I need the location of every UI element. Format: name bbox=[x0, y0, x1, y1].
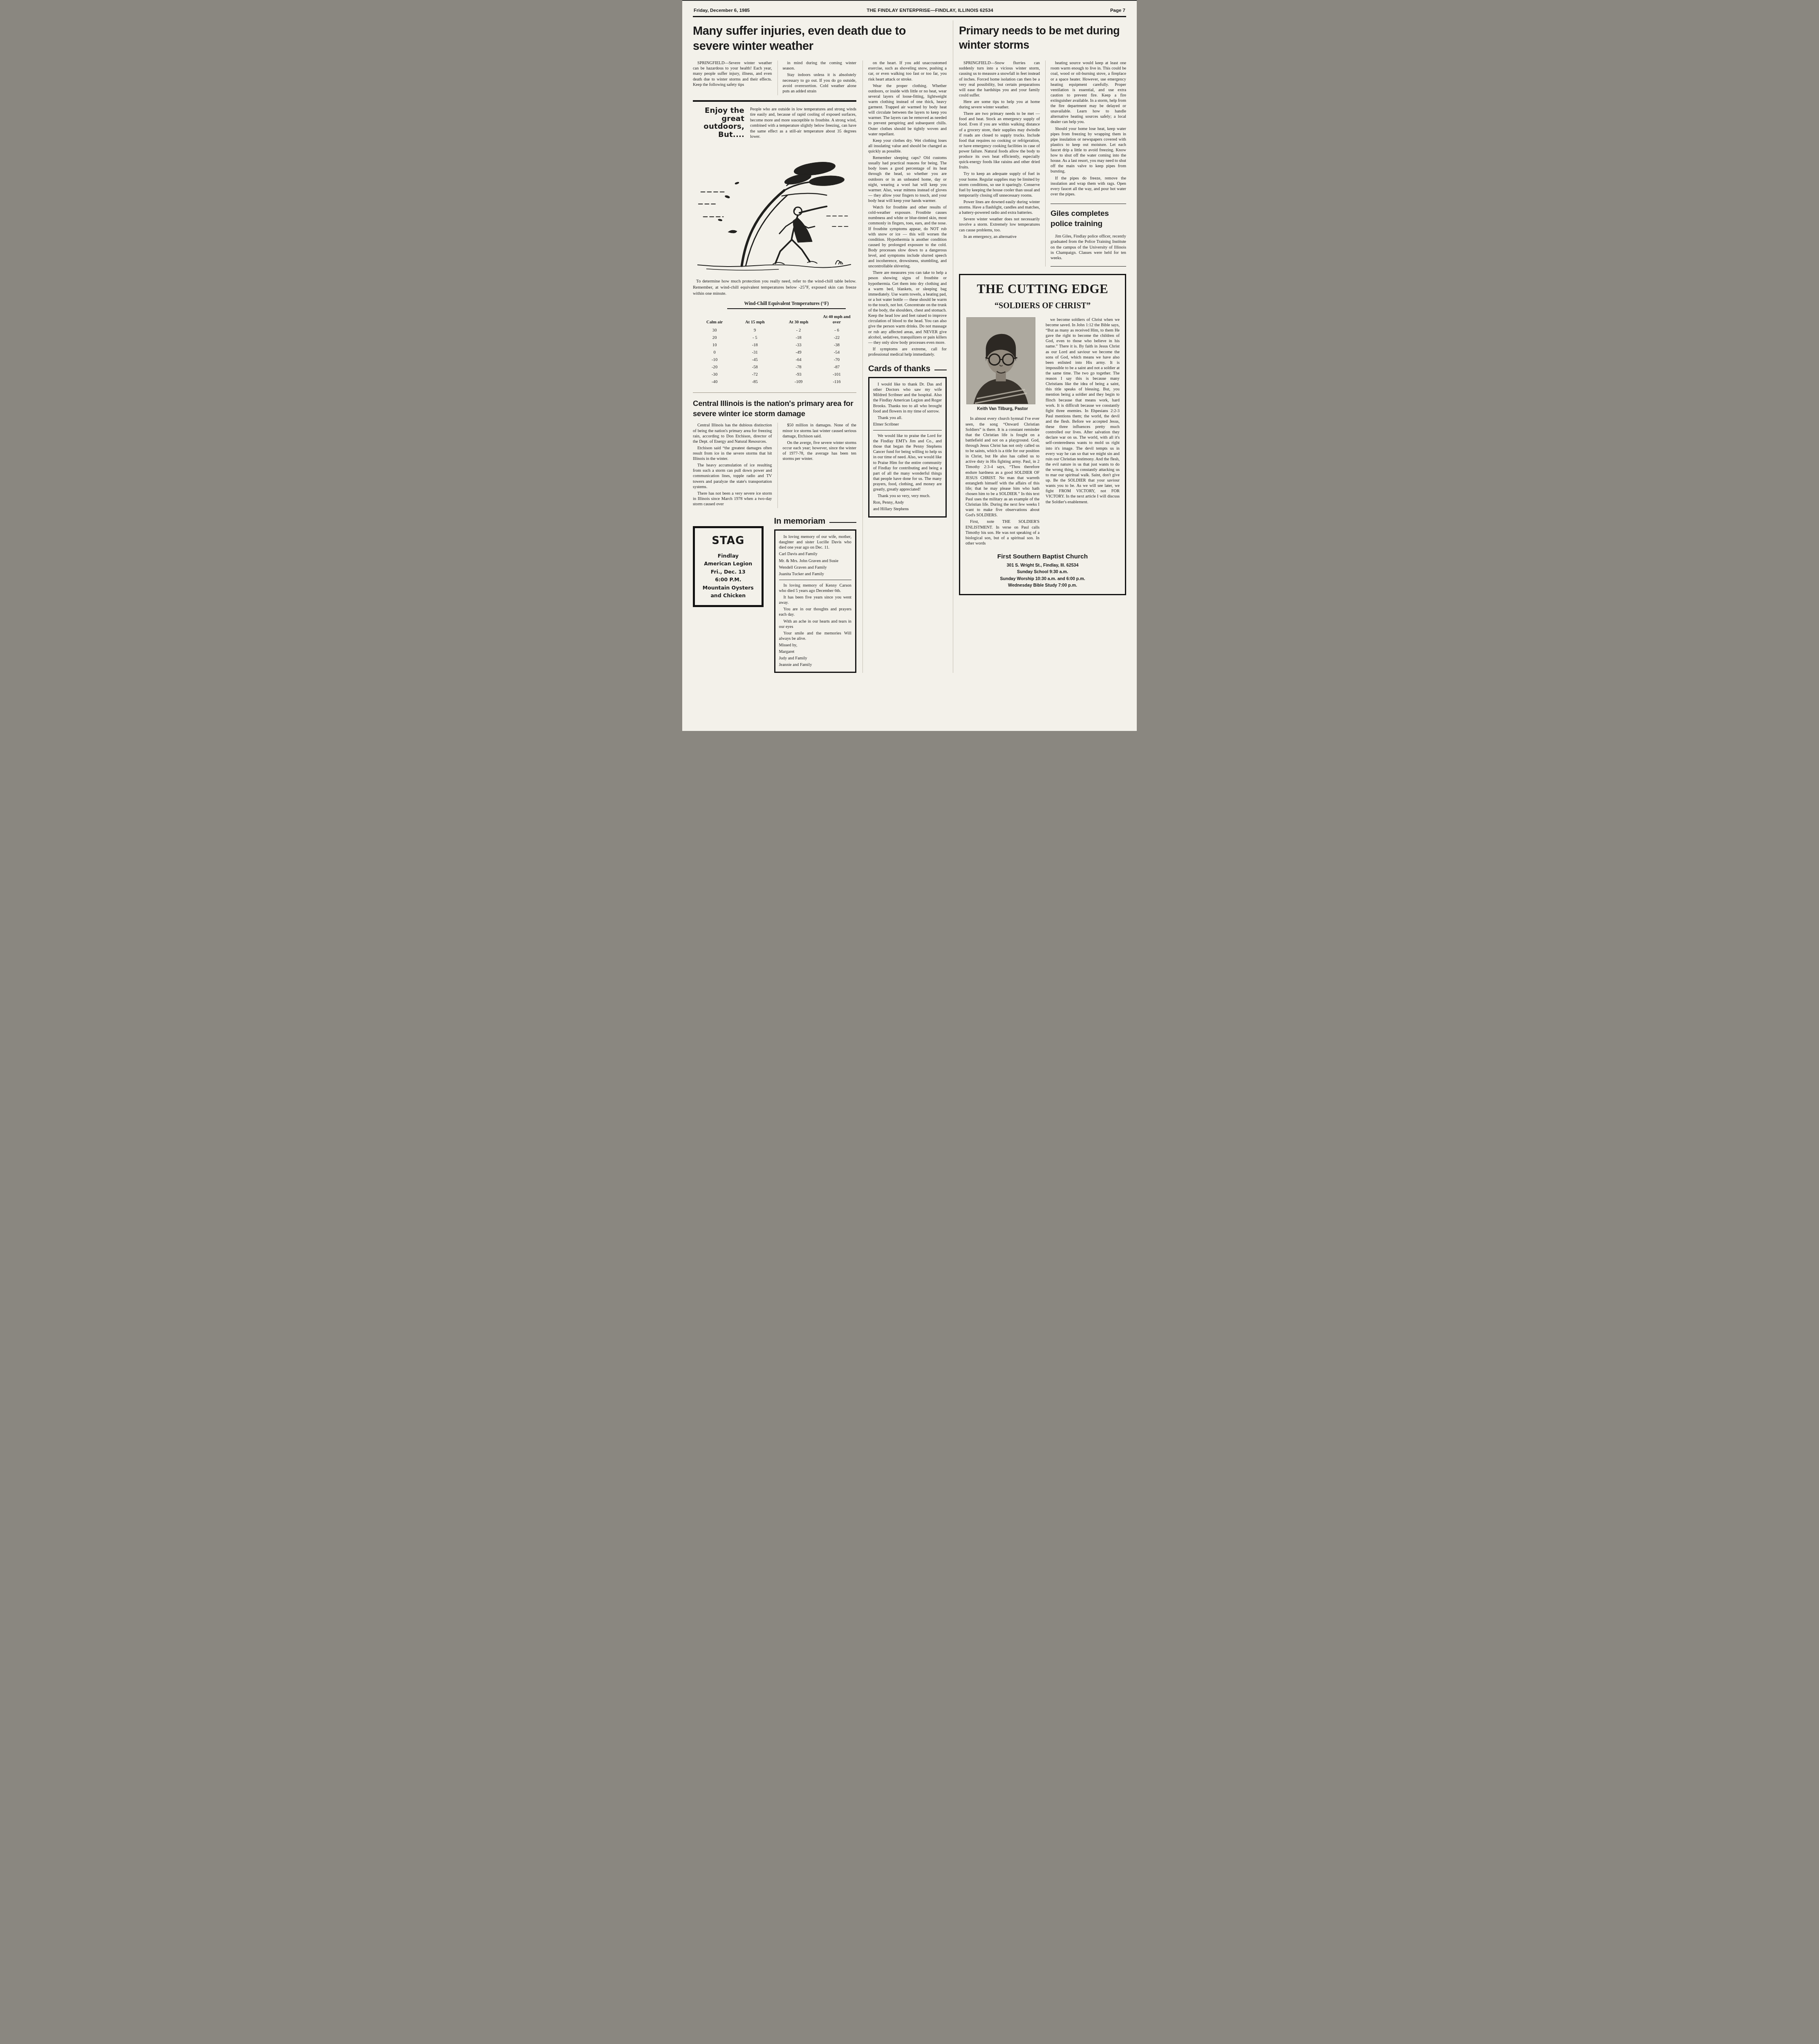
divider bbox=[873, 430, 942, 430]
cutting-edge-left-column: Keith Van Tilburg, Pastor In almost ever… bbox=[966, 317, 1039, 547]
wc-cell: -33 bbox=[777, 342, 820, 349]
article-paragraph: If the pipes do freeze, remove the insul… bbox=[1051, 176, 1126, 197]
cards-of-thanks-title: Cards of thanks bbox=[868, 364, 947, 374]
article-paragraph: Should your home lose heat, keep water p… bbox=[1051, 126, 1126, 175]
card-signature: Elmer Scribner bbox=[873, 422, 942, 427]
article-paragraph: In almost every church hymnal I've ever … bbox=[966, 416, 1039, 518]
cutting-edge-right-column: we become soldiers of Christ when we bec… bbox=[1046, 317, 1120, 547]
wc-cell: 9 bbox=[733, 327, 777, 334]
ice-article-col1: Central Illinois has the dubious distinc… bbox=[693, 423, 772, 508]
table-header-row: Calm air At 15 mph At 30 mph At 40 mph a… bbox=[696, 314, 853, 327]
article-paragraph: Severe winter weather does not necessari… bbox=[959, 217, 1040, 233]
in-memoriam-section: In memoriam In loving memory of our wife… bbox=[774, 510, 856, 673]
stag-ad-line: Findlay bbox=[697, 552, 759, 560]
masthead-page-number: Page 7 bbox=[1110, 8, 1125, 13]
table-row: -40-85-109-116 bbox=[696, 379, 853, 386]
article-paragraph: Stay indoors unless it is absolutely nec… bbox=[783, 72, 857, 94]
wc-cell: -10 bbox=[696, 356, 733, 364]
church-schedule-line: Sunday Worship 10:30 a.m. and 6:00 p.m. bbox=[966, 576, 1120, 582]
church-name: First Southern Baptist Church bbox=[966, 553, 1120, 560]
wc-cell: - 2 bbox=[777, 327, 820, 334]
memoriam-signature: Jeannie and Family bbox=[779, 662, 851, 668]
article-paragraph: Watch for frostbite and other results of… bbox=[868, 205, 947, 269]
wc-header: At 15 mph bbox=[733, 314, 777, 327]
pastor-photo-caption: Keith Van Tilburg, Pastor bbox=[966, 406, 1039, 411]
article-paragraph: SPRINGFIELD—Snow flurries can suddenly t… bbox=[959, 61, 1040, 98]
card-text: I would like to thank Dr. Das and other … bbox=[873, 382, 942, 414]
article-paragraph: on the heart. If you add unaccustomed ex… bbox=[868, 61, 947, 82]
memoriam-signature: Judy and Family bbox=[779, 656, 851, 661]
article-paragraph: heating source would keep at least one r… bbox=[1051, 61, 1126, 125]
memoriam-text: You are in our thoughts and prayers each… bbox=[779, 607, 851, 617]
article-paragraph: Here are some tips to help you at home d… bbox=[959, 99, 1040, 110]
article-paragraph: On the averge, five severe winter storms… bbox=[783, 440, 857, 462]
wc-cell: 20 bbox=[696, 334, 733, 342]
giles-article: Giles completes police training Jim Gile… bbox=[1051, 204, 1126, 267]
wc-cell: 0 bbox=[696, 349, 733, 356]
memoriam-text: It has been five years since you went aw… bbox=[779, 595, 851, 605]
article-paragraph: There are two primary needs to be met — … bbox=[959, 111, 1040, 170]
stag-ad-title: STAG bbox=[697, 535, 759, 547]
table-row: 0-31-49-54 bbox=[696, 349, 853, 356]
stag-ad-line: American Legion bbox=[697, 560, 759, 567]
memoriam-text: Your smile and the memories Will always … bbox=[779, 631, 851, 641]
article-paragraph: Etchison said “the greatest damages ofte… bbox=[693, 446, 772, 462]
winter-article-col1: SPRINGFIELD—Severe winter weather can be… bbox=[693, 61, 772, 95]
windchill-table-title: Wind-Chill Equivalent Temperatures (°F) bbox=[727, 301, 846, 309]
card-signature: Ron, Penny, Andy bbox=[873, 500, 942, 505]
wc-header: Calm air bbox=[696, 314, 733, 327]
memoriam-text: In loving memory of our wife, mother, da… bbox=[779, 534, 851, 550]
memoriam-signature: Carl Davis and Family bbox=[779, 551, 851, 557]
headline-winter-injuries: Many suffer injuries, even death due to … bbox=[693, 24, 938, 54]
table-row: -30-72-93-101 bbox=[696, 371, 853, 379]
cards-of-thanks-box: I would like to thank Dr. Das and other … bbox=[868, 377, 947, 517]
wc-cell: -78 bbox=[777, 364, 820, 371]
wc-cell: -49 bbox=[777, 349, 820, 356]
article-paragraph: Power lines are downed easily during win… bbox=[959, 199, 1040, 215]
wc-cell: -93 bbox=[777, 371, 820, 379]
wc-cell: -101 bbox=[820, 371, 853, 379]
windchill-table: Calm air At 15 mph At 30 mph At 40 mph a… bbox=[696, 314, 853, 385]
wc-cell: -31 bbox=[733, 349, 777, 356]
card-text: Thank you so very, very much. bbox=[873, 493, 942, 499]
wc-cell: 10 bbox=[696, 342, 733, 349]
winter-article-col2: in mind during the coming winter season.… bbox=[777, 61, 857, 95]
article-paragraph: Central Illinois has the dubious distinc… bbox=[693, 423, 772, 444]
table-row: 309- 2- 6 bbox=[696, 327, 853, 334]
masthead: Friday, December 6, 1985 THE FINDLAY ENT… bbox=[693, 6, 1126, 17]
primary-article-col2: heating source would keep at least one r… bbox=[1045, 61, 1126, 267]
wc-cell: -109 bbox=[777, 379, 820, 386]
windchill-table-section: Wind-Chill Equivalent Temperatures (°F) … bbox=[693, 301, 856, 385]
stag-ad-line: Fri., Dec. 13 bbox=[697, 568, 759, 576]
wind-illustration bbox=[694, 144, 855, 276]
stag-ad: STAG Findlay American Legion Fri., Dec. … bbox=[693, 526, 764, 607]
memoriam-signature: Margaret bbox=[779, 649, 851, 654]
wc-cell: 30 bbox=[696, 327, 733, 334]
wc-cell: -18 bbox=[777, 334, 820, 342]
article-paragraph: The heavy accumulation of ice resulting … bbox=[693, 463, 772, 490]
windchill-note: To determine how much protection you rea… bbox=[693, 278, 856, 297]
cutting-edge-title: THE CUTTING EDGE bbox=[966, 282, 1120, 296]
memoriam-signature: Missed by, bbox=[779, 643, 851, 648]
wc-cell: -116 bbox=[820, 379, 853, 386]
wc-cell: - 6 bbox=[820, 327, 853, 334]
memoriam-text: In loving memory of Kenny Carson who die… bbox=[779, 583, 851, 594]
wc-cell: -87 bbox=[820, 364, 853, 371]
stag-ad-line: Mountain Oysters bbox=[697, 584, 759, 592]
memoriam-signature: Wendell Graven and Family bbox=[779, 565, 851, 570]
stag-ad-line: 6:00 P.M. bbox=[697, 576, 759, 583]
memoriam-signature: Mr. & Mrs. John Graven and Susie bbox=[779, 558, 851, 564]
wc-cell: -58 bbox=[733, 364, 777, 371]
wc-cell: -38 bbox=[820, 342, 853, 349]
article-paragraph: in mind during the coming winter season. bbox=[783, 61, 857, 71]
wc-header: At 30 mph bbox=[777, 314, 820, 327]
cards-of-thanks-section: Cards of thanks I would like to thank Dr… bbox=[868, 364, 947, 517]
article-paragraph: Remember sleeping caps? Old customs usua… bbox=[868, 155, 947, 204]
wc-cell: -20 bbox=[696, 364, 733, 371]
cutting-edge-box: THE CUTTING EDGE “SOLDIERS OF CHRIST” bbox=[959, 274, 1126, 595]
wc-cell: -85 bbox=[733, 379, 777, 386]
headline-giles-training: Giles completes police training bbox=[1051, 209, 1126, 229]
middle-strip: on the heart. If you add unaccustomed ex… bbox=[862, 61, 947, 673]
article-paragraph: $50 million in damages. None of the mino… bbox=[783, 423, 857, 439]
right-strip: SPRINGFIELD—Snow flurries can suddenly t… bbox=[953, 61, 1126, 673]
article-paragraph: Try to keep an adequate supply of fuel i… bbox=[959, 171, 1040, 198]
article-paragraph: If symptoms are extreme, call for profes… bbox=[868, 347, 947, 357]
wc-cell: -70 bbox=[820, 356, 853, 364]
wc-cell: -64 bbox=[777, 356, 820, 364]
wc-cell: - 5 bbox=[733, 334, 777, 342]
article-paragraph: There has not been a very severe ice sto… bbox=[693, 491, 772, 507]
article-paragraph: Jim Giles, Findlay police officer, recen… bbox=[1051, 234, 1126, 261]
wc-cell: -18 bbox=[733, 342, 777, 349]
cutting-edge-subtitle: “SOLDIERS OF CHRIST” bbox=[966, 301, 1120, 311]
headline-ice-storm: Central Illinois is the nation's primary… bbox=[693, 392, 856, 419]
wc-cell: -45 bbox=[733, 356, 777, 364]
card-signature: and Hillary Stephens bbox=[873, 507, 942, 512]
masthead-date: Friday, December 6, 1985 bbox=[694, 8, 750, 13]
table-row: 10-18-33-38 bbox=[696, 342, 853, 349]
memoriam-text: With an ache in our hearts and tears in … bbox=[779, 619, 851, 630]
article-paragraph: SPRINGFIELD—Severe winter weather can be… bbox=[693, 61, 772, 87]
newspaper-page: Friday, December 6, 1985 THE FINDLAY ENT… bbox=[682, 0, 1137, 731]
outdoors-feature-box: Enjoy the great outdoors, But.... People… bbox=[693, 100, 856, 140]
article-paragraph: Wear the proper clothing. Whether outdoo… bbox=[868, 83, 947, 137]
article-paragraph: we become soldiers of Christ when we bec… bbox=[1046, 317, 1120, 505]
stag-ad-line: and Chicken bbox=[697, 592, 759, 599]
wc-cell: -72 bbox=[733, 371, 777, 379]
wc-cell: -54 bbox=[820, 349, 853, 356]
pastor-photo bbox=[966, 317, 1035, 405]
church-info: First Southern Baptist Church 301 S. Wri… bbox=[966, 553, 1120, 589]
article-paragraph: First, note THE SOLDIER'S ENLISTMENT. In… bbox=[966, 519, 1039, 546]
headline-primary-needs: Primary needs to be met during winter st… bbox=[959, 24, 1122, 52]
church-address: 301 S. Wright St., Findlay, Ill. 62534 bbox=[966, 562, 1120, 569]
article-paragraph: There are measures you can take to help … bbox=[868, 270, 947, 345]
card-text: We would like to praise the Lord for the… bbox=[873, 433, 942, 492]
article-paragraph: In an emergency, an alternative bbox=[959, 234, 1040, 240]
ice-storm-article: Central Illinois is the nation's primary… bbox=[693, 392, 856, 509]
outdoors-feature-heading: Enjoy the great outdoors, But.... bbox=[693, 107, 744, 140]
article-paragraph: Keep your clothes dry. Wet clothing lose… bbox=[868, 138, 947, 154]
wc-cell: -30 bbox=[696, 371, 733, 379]
memoriam-signature: Juanita Tucker and Family bbox=[779, 572, 851, 577]
ice-article-col2: $50 million in damages. None of the mino… bbox=[777, 423, 857, 508]
table-row: 20- 5-18-22 bbox=[696, 334, 853, 342]
wc-cell: -22 bbox=[820, 334, 853, 342]
table-row: -20-58-78-87 bbox=[696, 364, 853, 371]
divider bbox=[779, 580, 851, 580]
outdoors-feature-body: People who are outside in low temperatur… bbox=[750, 107, 856, 140]
primary-article-col1: SPRINGFIELD—Snow flurries can suddenly t… bbox=[959, 61, 1040, 267]
left-strip: SPRINGFIELD—Severe winter weather can be… bbox=[693, 61, 856, 673]
masthead-title: THE FINDLAY ENTERPRISE—FINDLAY, ILLINOIS… bbox=[867, 8, 993, 13]
wc-header: At 40 mph and over bbox=[820, 314, 853, 327]
table-row: -10-45-64-70 bbox=[696, 356, 853, 364]
card-text: Thank you all. bbox=[873, 415, 942, 421]
in-memoriam-title: In memoriam bbox=[774, 516, 856, 526]
in-memoriam-box: In loving memory of our wife, mother, da… bbox=[774, 529, 856, 673]
church-schedule-line: Sunday School 9:30 a.m. bbox=[966, 569, 1120, 575]
church-schedule-line: Wednesday Bible Study 7:00 p.m. bbox=[966, 582, 1120, 589]
wc-cell: -40 bbox=[696, 379, 733, 386]
